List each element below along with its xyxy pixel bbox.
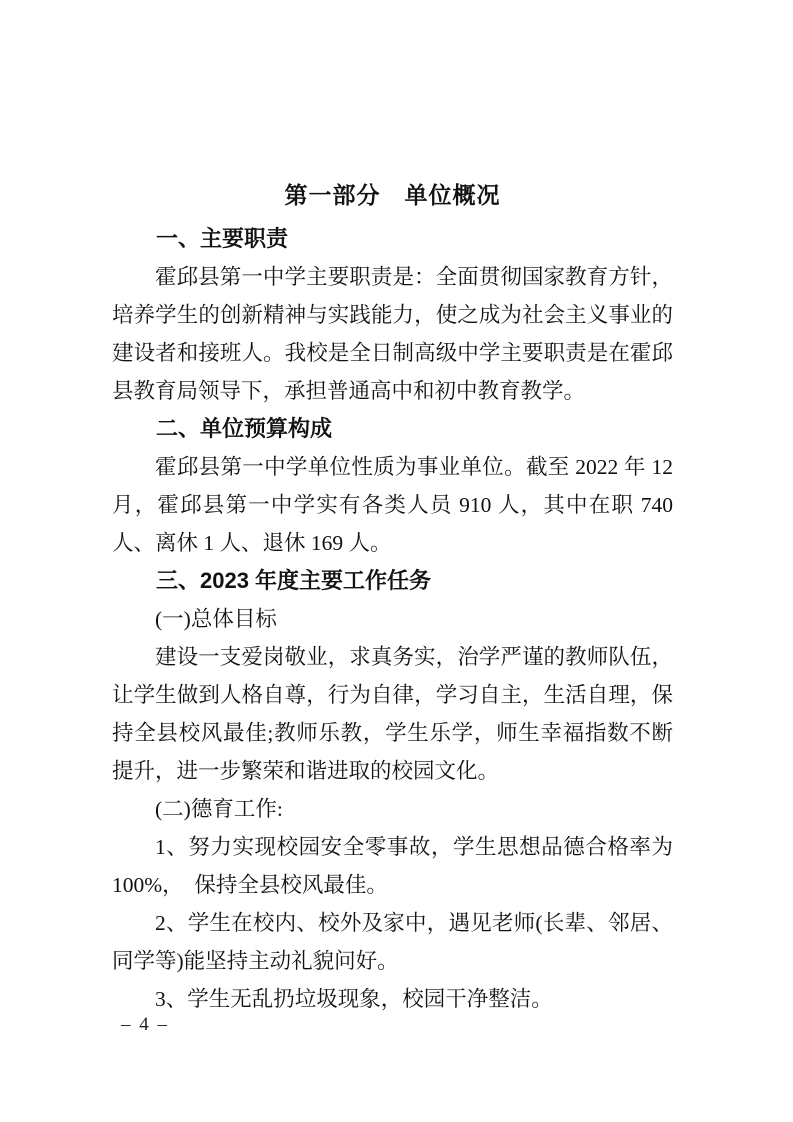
body-paragraph-item-3: 3、学生无乱扔垃圾现象，校园干净整洁。	[112, 980, 673, 1018]
document-body: 第一部分 单位概况 一、主要职责 霍邱县第一中学主要职责是：全面贯彻国家教育方针…	[112, 178, 673, 1018]
subsection-heading-moral-education: (二)德育工作:	[112, 790, 673, 828]
body-paragraph: 建设一支爱岗敬业，求真务实，治学严谨的教师队伍，让学生做到人格自尊，行为自律，学…	[112, 638, 673, 790]
body-paragraph: 霍邱县第一中学主要职责是：全面贯彻国家教育方针，培养学生的创新精神与实践能力，使…	[112, 258, 673, 410]
section-heading-2023-tasks: 三、2023 年度主要工作任务	[112, 562, 673, 600]
body-paragraph-item-1: 1、努力实现校园安全零事故，学生思想品德合格率为 100%， 保持全县校风最佳。	[112, 828, 673, 904]
section-heading-main-duties: 一、主要职责	[112, 220, 673, 258]
section-heading-budget-composition: 二、单位预算构成	[112, 410, 673, 448]
subsection-heading-overall-goal: (一)总体目标	[112, 600, 673, 638]
page-number: – 4 –	[121, 1014, 169, 1036]
document-page: 第一部分 单位概况 一、主要职责 霍邱县第一中学主要职责是：全面贯彻国家教育方针…	[0, 0, 793, 1122]
body-paragraph: 霍邱县第一中学单位性质为事业单位。截至 2022 年 12 月，霍邱县第一中学实…	[112, 448, 673, 562]
body-paragraph-item-2: 2、学生在校内、校外及家中，遇见老师(长辈、邻居、同学等)能坚持主动礼貌问好。	[112, 904, 673, 980]
document-title: 第一部分 单位概况	[112, 178, 673, 212]
